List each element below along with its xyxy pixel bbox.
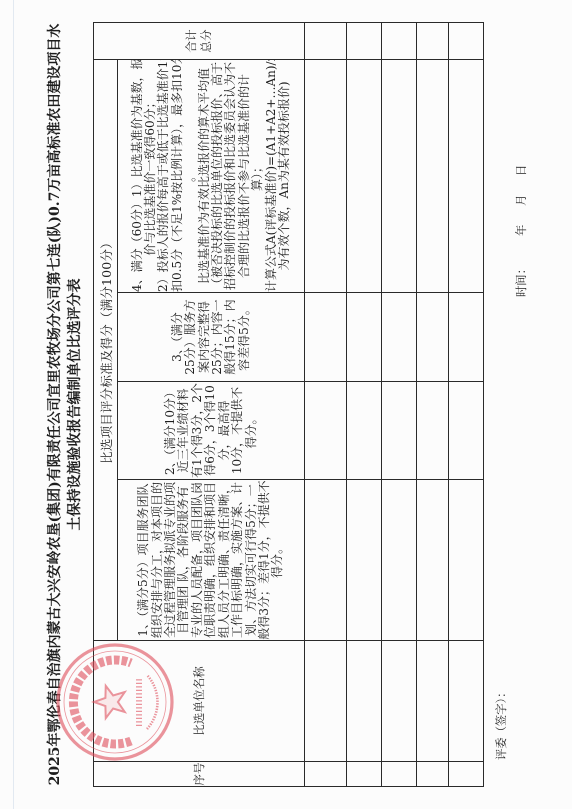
- score-cell-unit-name: [347, 641, 382, 762]
- score-cell-serial-no: [417, 762, 449, 787]
- score-rows: [305, 22, 484, 786]
- criterion-text-line: 合理的比选报价不参与比选基准价的计: [238, 60, 251, 292]
- score-row: [449, 22, 484, 786]
- criterion-text-line: 25分）服务方: [184, 293, 197, 381]
- score-cell-unit-name: [417, 641, 449, 762]
- criterion-text-line: 。: [184, 60, 197, 292]
- header-total-score: 合计总分: [94, 22, 305, 59]
- criterion-text-line: 全过程管理服务拟派专业的项: [164, 480, 177, 640]
- score-cell-criterion-2: [305, 382, 347, 480]
- score-row: [382, 22, 417, 786]
- score-cell-criterion-1: [449, 480, 484, 641]
- score-cell-criterion-1: [347, 480, 382, 641]
- total-score-label: 合计总分: [184, 29, 214, 53]
- criterion-text-line: 得分。: [271, 480, 284, 640]
- day-label: 日: [515, 165, 529, 176]
- score-row: [347, 22, 382, 786]
- scoring-sheet-page: 2025年鄂伦春自治旗内蒙古大兴安岭农垦(集团)有限责任公司宜里农牧场分公司第七…: [0, 0, 572, 809]
- criterion-text-line: 比选基准价为有效比选报价的算术平均值: [198, 60, 211, 292]
- criterion-text-line: 4、满分（60分）1）比选基准价为基数，报: [131, 60, 144, 292]
- header-criteria-group: 比选项目评分标准及得分（满分100分）: [94, 59, 118, 640]
- time-label: 时间：: [515, 263, 529, 297]
- score-cell-serial-no: [449, 762, 484, 787]
- score-cell-total-score: [305, 22, 347, 59]
- criterion-text-line: 为有效个数，An为某有效投标报价): [278, 60, 291, 292]
- criterion-text-line: 2）投标人的报价每高于或低于比选基准价1%: [157, 60, 170, 292]
- criterion-text-line: 1、（满分5分）项目服务团队: [137, 480, 150, 640]
- criterion-text-line: 10分，不提供不: [231, 382, 244, 479]
- score-cell-criterion-4: [305, 59, 347, 292]
- criterion-text-line: 得分。: [245, 382, 258, 479]
- score-row: [417, 22, 449, 786]
- criterion-2-past-performance: 2、（满分10分）近三年业绩材料有1个得3分，2个得6分，3个得10分，最高得1…: [118, 382, 305, 480]
- score-cell-serial-no: [382, 762, 417, 787]
- criterion-text-line: 案内容完整得: [198, 293, 211, 381]
- score-cell-serial-no: [305, 762, 347, 787]
- criterion-text-line: 划、方法切实可行得5分；一: [245, 480, 258, 640]
- score-cell-unit-name: [449, 641, 484, 762]
- judge-signature-label: 评委（签字）：: [495, 687, 509, 760]
- score-cell-total-score: [382, 22, 417, 59]
- score-cell-criterion-1: [305, 480, 347, 641]
- score-cell-criterion-3: [305, 293, 347, 382]
- score-cell-unit-name: [305, 641, 347, 762]
- score-cell-criterion-1: [382, 480, 417, 641]
- score-cell-criterion-2: [382, 382, 417, 480]
- score-cell-criterion-4: [449, 59, 484, 292]
- score-cell-criterion-4: [382, 59, 417, 292]
- month-label: 月: [515, 195, 529, 206]
- score-cell-criterion-1: [417, 480, 449, 641]
- criterion-text-line: 招标控制价的投标报价和比选委员会认为不: [224, 60, 237, 292]
- score-cell-criterion-4: [417, 59, 449, 292]
- criterion-text-line: 扣0.5分（不足1%按比例计算），最多扣10分: [171, 60, 184, 292]
- score-cell-criterion-3: [347, 293, 382, 382]
- score-cell-criterion-2: [347, 382, 382, 480]
- criterion-4-price-score: 4、满分（60分）1）比选基准价为基数，报价与比选基准价一致得60分；2）投标人…: [118, 59, 305, 292]
- score-cell-criterion-4: [347, 59, 382, 292]
- criterion-1-team-organization: 1、（满分5分）项目服务团队组织安排与分工，对本项目的全过程管理服务拟派专业的项…: [118, 480, 305, 641]
- year-label: 年: [515, 225, 529, 236]
- score-cell-criterion-2: [449, 382, 484, 480]
- score-cell-serial-no: [347, 762, 382, 787]
- criterion-text-line: 得6分，3个得10: [204, 382, 217, 479]
- score-cell-unit-name: [382, 641, 417, 762]
- criterion-3-service-plan: 3、（满分25分）服务方案内容完整得25分；内容一般得15分；内容差得5分。: [118, 293, 305, 382]
- criterion-text-line: 位职责明确，组织安排和项目: [204, 480, 217, 640]
- score-cell-total-score: [417, 22, 449, 59]
- score-cell-criterion-3: [449, 293, 484, 382]
- criterion-text-line: 容差得5分。: [238, 293, 251, 381]
- criterion-text-line: 目管理团 队，各阶段服务有: [177, 480, 190, 640]
- criterion-text-line: 工作目标明确，实施方案、计: [231, 480, 244, 640]
- score-cell-total-score: [347, 22, 382, 59]
- criterion-text-line: 般得15分；内: [224, 293, 237, 381]
- criterion-text-line: 近三年业绩材料: [177, 382, 190, 479]
- criterion-text-line: 算）；: [251, 60, 264, 292]
- score-cell-criterion-3: [382, 293, 417, 382]
- official-seal-stamp-icon: [55, 642, 175, 762]
- header-serial-no: 序号: [94, 762, 305, 787]
- score-cell-criterion-2: [417, 382, 449, 480]
- score-cell-total-score: [449, 22, 484, 59]
- score-row: [305, 22, 347, 786]
- score-cell-criterion-3: [417, 293, 449, 382]
